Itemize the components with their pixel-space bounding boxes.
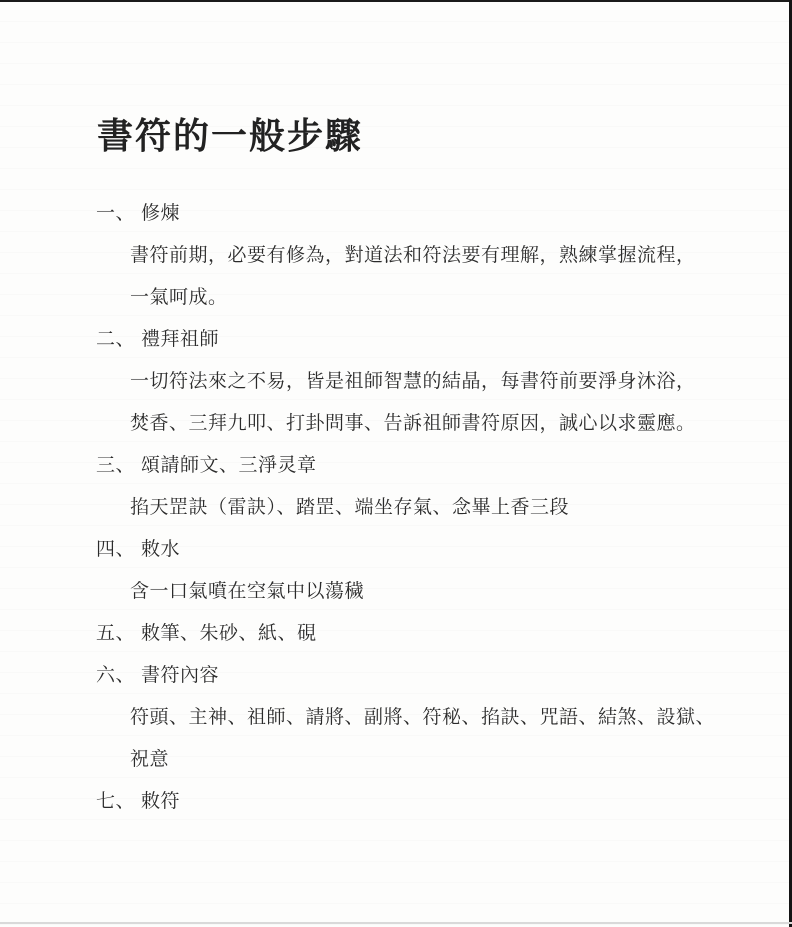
- section-number: 五、: [96, 623, 135, 644]
- section-heading-text: 禮拜祖師: [141, 329, 219, 350]
- section-number: 一、: [96, 203, 135, 224]
- section-body-line: 掐天罡訣（雷訣）、踏罡、端坐存氣、念畢上香三段: [96, 487, 752, 529]
- list-section-3: 三、頌請師文、三淨灵章 掐天罡訣（雷訣）、踏罡、端坐存氣、念畢上香三段: [96, 445, 752, 529]
- section-heading: 七、敕符: [96, 781, 752, 823]
- section-body-line: 祝意: [96, 739, 752, 781]
- steps-list: 一、修煉 書符前期，必要有修為，對道法和符法要有理解，熟練掌握流程， 一氣呵成。…: [96, 193, 752, 823]
- section-heading-text: 敕水: [141, 539, 180, 560]
- section-body-line: 書符前期，必要有修為，對道法和符法要有理解，熟練掌握流程，: [96, 235, 752, 277]
- page-title: 書符的一般步驟: [97, 108, 363, 159]
- section-heading-text: 書符內容: [141, 665, 219, 686]
- list-section-4: 四、敕水 含一口氣噴在空氣中以蕩穢: [96, 529, 752, 613]
- list-section-6: 六、書符內容 符頭、主神、祖師、請將、副將、符秘、掐訣、咒語、結煞、設獄、 祝意: [96, 655, 752, 781]
- section-number: 三、: [96, 455, 135, 476]
- section-number: 六、: [96, 665, 135, 686]
- section-heading-text: 頌請師文、三淨灵章: [141, 455, 317, 476]
- section-body-line: 一切符法來之不易，皆是祖師智慧的結晶，每書符前要淨身沐浴，: [96, 361, 752, 403]
- section-heading-text: 敕筆、朱砂、紙、硯: [141, 623, 317, 644]
- section-body-line: 符頭、主神、祖師、請將、副將、符秘、掐訣、咒語、結煞、設獄、: [96, 697, 752, 739]
- list-section-5: 五、敕筆、朱砂、紙、硯: [96, 613, 752, 655]
- list-section-2: 二、禮拜祖師 一切符法來之不易，皆是祖師智慧的結晶，每書符前要淨身沐浴， 焚香、…: [96, 319, 752, 445]
- section-body-line: 含一口氣噴在空氣中以蕩穢: [96, 571, 752, 613]
- section-heading: 六、書符內容: [96, 655, 752, 697]
- list-section-7: 七、敕符: [96, 781, 752, 823]
- document-page: 書符的一般步驟 一、修煉 書符前期，必要有修為，對道法和符法要有理解，熟練掌握流…: [0, 0, 792, 927]
- section-heading-text: 敕符: [141, 791, 180, 812]
- section-heading: 一、修煉: [96, 193, 752, 235]
- section-heading: 三、頌請師文、三淨灵章: [96, 445, 752, 487]
- section-heading: 四、敕水: [96, 529, 752, 571]
- section-heading: 五、敕筆、朱砂、紙、硯: [96, 613, 752, 655]
- section-number: 二、: [96, 329, 135, 350]
- section-number: 七、: [96, 791, 135, 812]
- section-number: 四、: [96, 539, 135, 560]
- list-section-1: 一、修煉 書符前期，必要有修為，對道法和符法要有理解，熟練掌握流程， 一氣呵成。: [96, 193, 752, 319]
- section-heading-text: 修煉: [141, 203, 180, 224]
- scan-border-top: [0, 0, 792, 2]
- section-heading: 二、禮拜祖師: [96, 319, 752, 361]
- section-body-line: 焚香、三拜九叩、打卦問事、告訴祖師書符原因，誠心以求靈應。: [96, 403, 752, 445]
- section-body-line: 一氣呵成。: [96, 277, 752, 319]
- scan-border-bottom: [0, 922, 792, 924]
